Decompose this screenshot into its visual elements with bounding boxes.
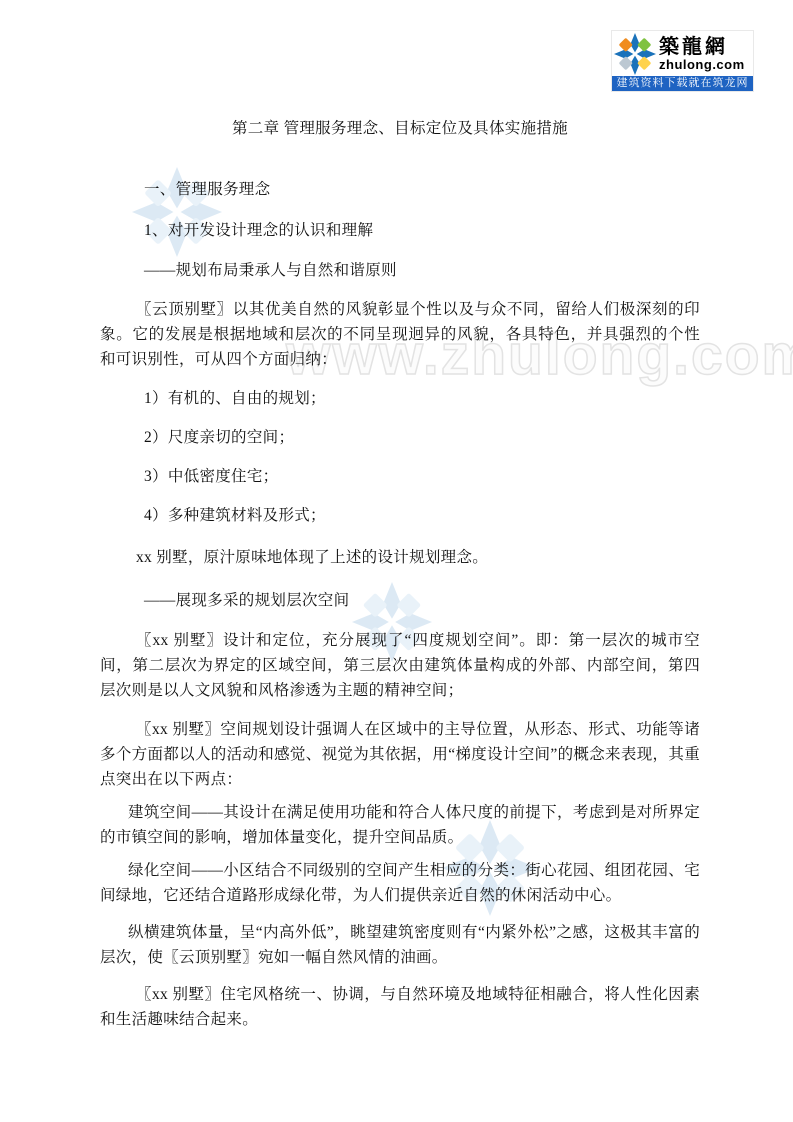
body-paragraph: 〖xx 别墅〗空间规划设计强调人在区域中的主导位置，从形态、形式、功能等诸多个方…	[100, 717, 700, 792]
list-item: 1）有机的、自由的规划；	[100, 386, 700, 411]
list-item: 2）尺度亲切的空间；	[100, 425, 700, 450]
list-item: 3）中低密度住宅；	[100, 464, 700, 489]
dash-heading: ——规划布局秉承人与自然和谐原则	[100, 258, 700, 283]
zhulong-logo-text: 築龍網 zhulong.com	[659, 36, 745, 72]
zhulong-brand-name: 築龍網	[659, 36, 745, 58]
dash-heading: ——展现多采的规划层次空间	[100, 588, 700, 613]
doc-title: 第二章 管理服务理念、目标定位及具体实施措施	[100, 116, 700, 141]
zhulong-tagline-banner: 建筑资料下载就在筑龙网	[612, 76, 753, 91]
zhulong-logo-top: 築龍網 zhulong.com	[612, 31, 753, 76]
section-heading: 一、管理服务理念	[100, 177, 700, 202]
body-paragraph: 绿化空间——小区结合不同级别的空间产生相应的分类：街心花园、组团花园、宅间绿地，…	[100, 858, 700, 908]
body-paragraph: 建筑空间——其设计在满足使用功能和符合人体尺度的前提下，考虑到是对所界定的市镇空…	[100, 800, 700, 850]
body-paragraph: xx 别墅，原汁原味地体现了上述的设计规划理念。	[100, 545, 700, 570]
body-paragraph: 〖xx 别墅〗住宅风格统一、协调，与自然环境及地域特征相融合，将人性化因素和生活…	[100, 982, 700, 1032]
document-page: www.zhulong.com 築龍網 zhulong.com 建筑资料下载就在…	[0, 0, 793, 1122]
zhulong-domain: zhulong.com	[659, 58, 745, 72]
zhulong-logo: 築龍網 zhulong.com 建筑资料下载就在筑龙网	[611, 30, 754, 92]
list-item: 4）多种建筑材料及形式；	[100, 503, 700, 528]
body-paragraph: 〖xx 别墅〗设计和定位，充分展现了“四度规划空间”。即：第一层次的城市空间，第…	[100, 628, 700, 703]
body-paragraph: 纵横建筑体量，呈“内高外低”，眺望建筑密度则有“内紧外松”之感，这极其丰富的层次…	[100, 920, 700, 970]
document-body: 第二章 管理服务理念、目标定位及具体实施措施 一、管理服务理念 1、对开发设计理…	[100, 116, 700, 1032]
sub-heading: 1、对开发设计理念的认识和理解	[100, 218, 700, 243]
body-paragraph: 〖云顶别墅〗以其优美自然的风貌彰显个性以及与众不同，留给人们极深刻的印象。它的发…	[100, 297, 700, 372]
zhulong-compass-icon	[614, 33, 656, 75]
